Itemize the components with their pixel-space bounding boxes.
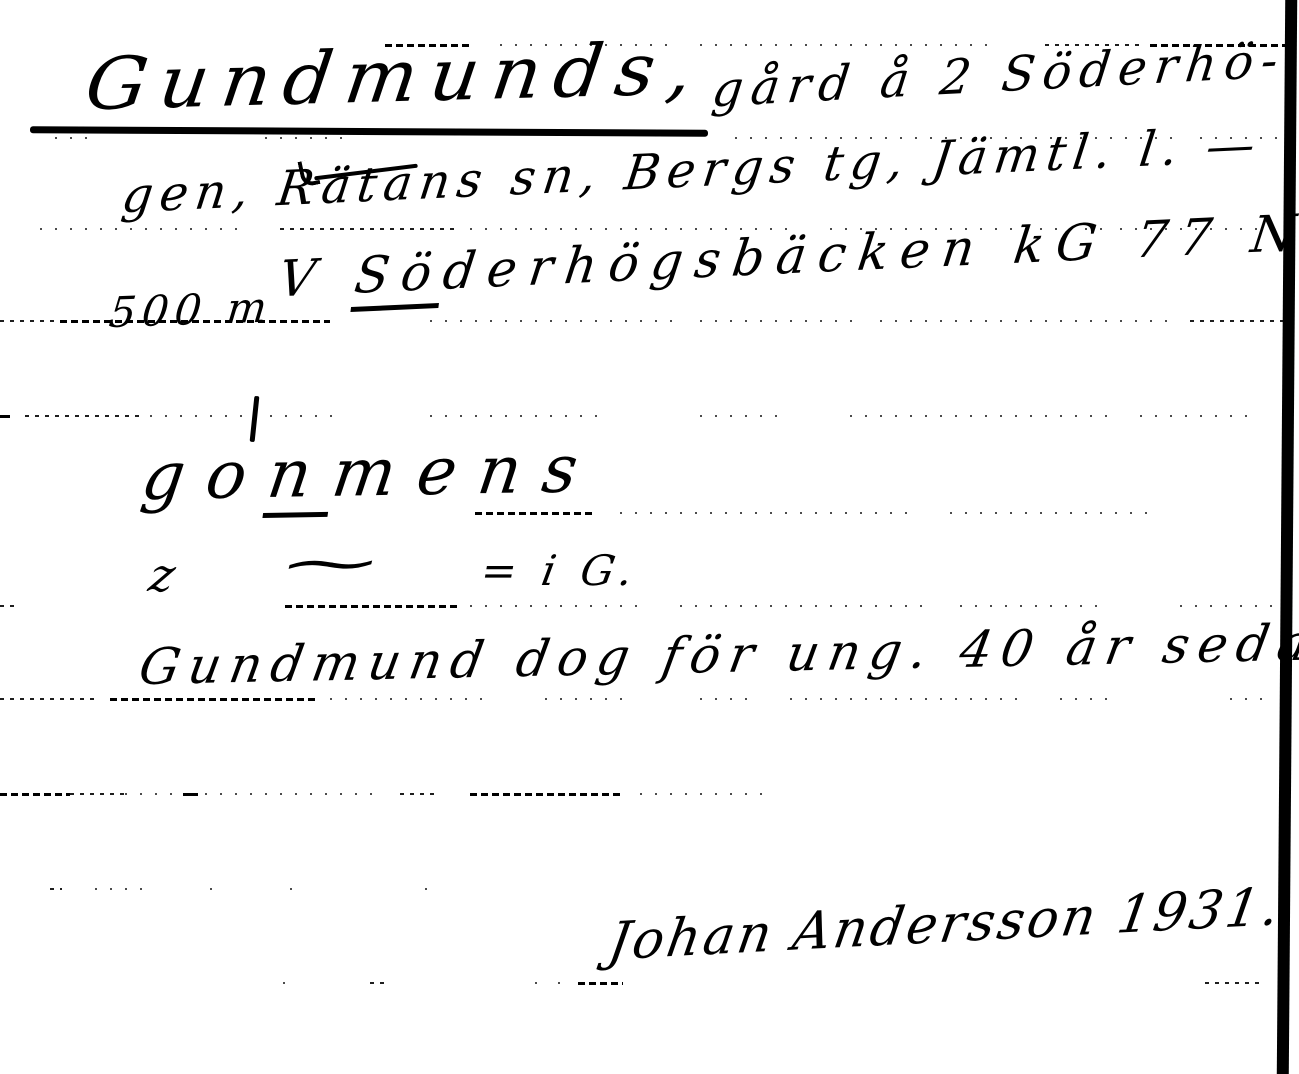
- ruling-segment: [700, 320, 860, 322]
- ruling-segment: [290, 888, 305, 890]
- ruling-segment: [280, 228, 460, 230]
- ruling-segment: [475, 512, 595, 515]
- ruling-segment: [880, 320, 1180, 322]
- ruling-segment: [265, 137, 355, 139]
- notation-z: z: [145, 548, 181, 602]
- ruling-segment: [285, 605, 460, 608]
- ruling-segment: [400, 793, 440, 795]
- ruling-segment: [1205, 982, 1265, 984]
- ruling-segment: [1060, 698, 1120, 700]
- ruling-segment: [125, 793, 185, 795]
- notation-equals: = i G.: [477, 546, 642, 595]
- location-reference-line: V Söderhögsbäcken kG 77 NÖ,: [275, 200, 1299, 309]
- phonetic-rest: mens: [328, 430, 605, 512]
- ruling-segment: [210, 888, 225, 890]
- ruling-segment: [620, 512, 920, 514]
- distance-text: 500 m: [107, 282, 275, 337]
- ruling-segment: [700, 698, 760, 700]
- phonetic-accented-consonant: n: [262, 435, 338, 518]
- ruling-segment: [425, 888, 437, 890]
- headword: Gundmunds,: [81, 26, 710, 127]
- headword-locative-text: gård å 2 Söderhö-: [709, 32, 1289, 118]
- ruling-segment: [40, 228, 240, 230]
- ruling-segment: [50, 888, 62, 890]
- ruling-segment: [850, 415, 1110, 417]
- ruling-segment: [545, 698, 625, 700]
- phonetic-vowel: o: [201, 436, 274, 514]
- notation-tilde: ~: [268, 534, 393, 594]
- ruling-segment: [535, 982, 545, 984]
- ruling-segment: [150, 415, 340, 417]
- scanned-index-card: Gundmunds, gård å 2 Söderhö- gen, Rätans…: [0, 0, 1299, 1074]
- ruling-segment: [700, 44, 1000, 46]
- ruling-segment: [370, 982, 390, 984]
- scan-edge-line: [1277, 0, 1298, 1074]
- ruling-segment: [0, 605, 15, 607]
- ruling-segment: [960, 605, 1100, 607]
- ruling-segment: [25, 415, 145, 417]
- ruling-segment: [950, 512, 1160, 514]
- ruling-segment: [95, 888, 150, 890]
- underlined-syllable: Sö: [350, 243, 447, 312]
- ruling-segment: [70, 793, 125, 795]
- collector-signature: Johan Andersson 1931.: [604, 877, 1286, 973]
- ruling-segment: [470, 605, 650, 607]
- ruling-segment: [790, 698, 1020, 700]
- ruling-segment: [55, 137, 90, 139]
- ruling-segment: [0, 320, 60, 322]
- ruling-segment: [700, 415, 790, 417]
- ruling-segment: [330, 698, 490, 700]
- headword-underline: [30, 126, 708, 137]
- phonetic-word: gonmens: [137, 430, 604, 515]
- ruling-segment: [680, 605, 930, 607]
- ruling-segment: [578, 982, 623, 985]
- ruling-segment: [1190, 320, 1295, 322]
- ruling-segment: [110, 698, 315, 701]
- ruling-segment: [470, 793, 620, 796]
- ruling-segment: [640, 793, 770, 795]
- ruling-segment: [0, 698, 95, 700]
- ruling-segment: [430, 415, 605, 417]
- ruling-segment: [1230, 698, 1270, 700]
- ruling-segment: [0, 793, 70, 796]
- direction-letter: V: [275, 247, 359, 309]
- ruling-segment: [205, 793, 375, 795]
- ruling-segment: [430, 320, 680, 322]
- ruling-segment: [283, 982, 293, 984]
- comment-line: Gundmund dog för ung. 40 år sedan.: [135, 612, 1299, 696]
- phonetic-pre: g: [137, 437, 212, 515]
- ruling-segment: [1180, 605, 1295, 607]
- location-rest: derhögsbäcken kG 77 NÖ,: [440, 200, 1299, 301]
- ruling-segment: [1140, 415, 1260, 417]
- ruling-segment: [558, 982, 568, 984]
- ruling-segment: [0, 415, 10, 418]
- ruling-segment: [183, 793, 198, 796]
